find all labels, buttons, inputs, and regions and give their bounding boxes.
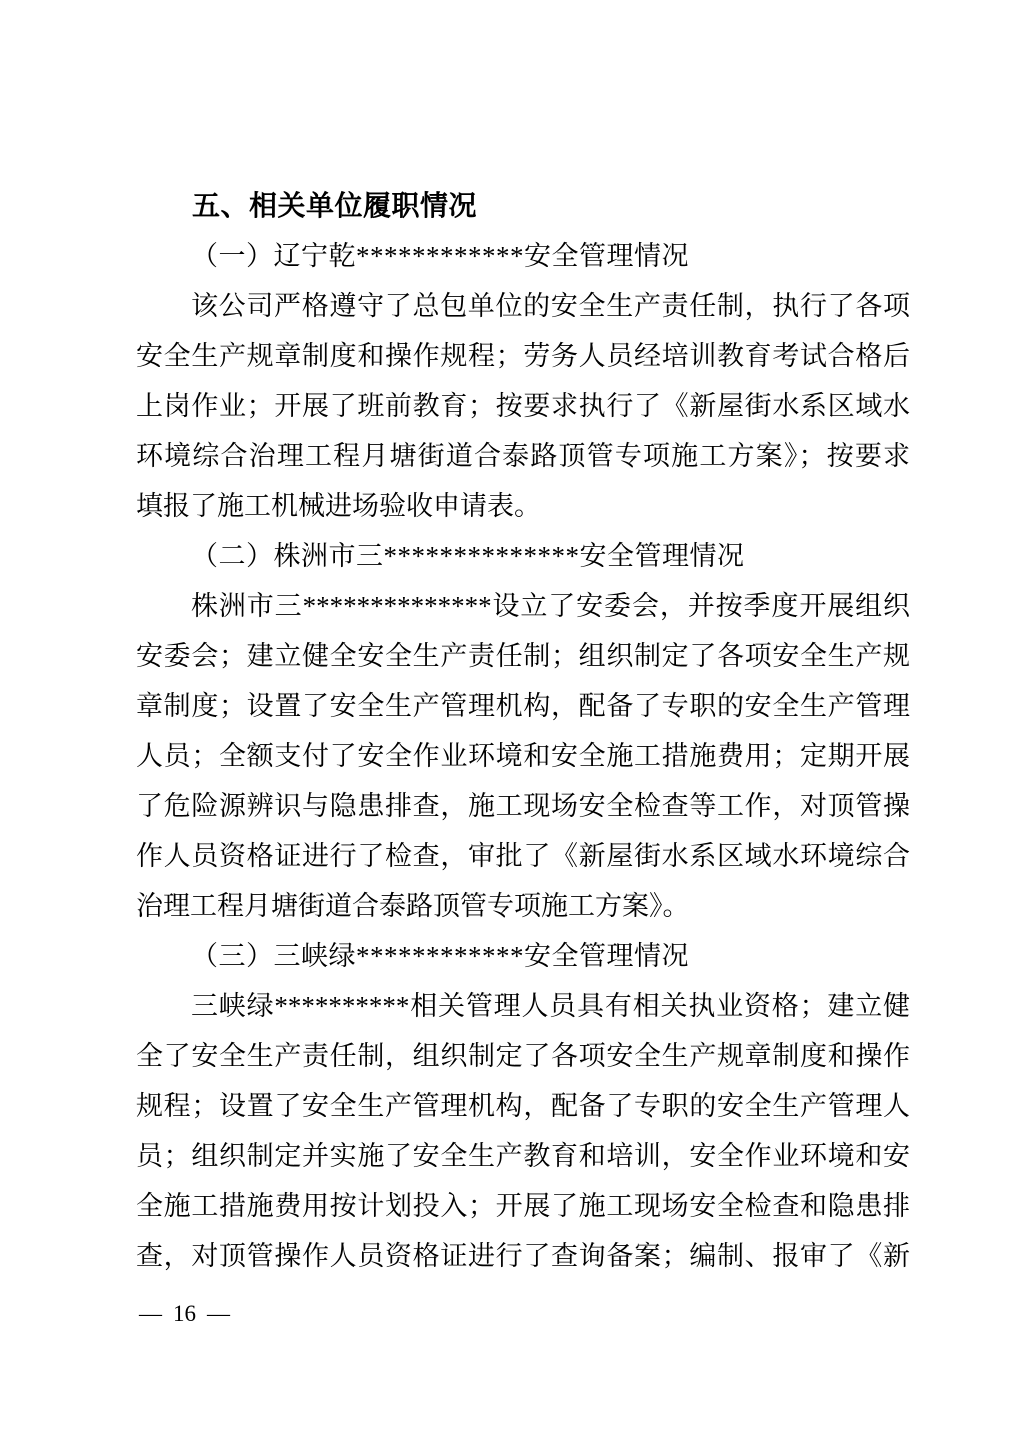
paragraph-1: 该公司严格遵守了总包单位的安全生产责任制，执行了各项 安全生产规章制度和操作规程…: [136, 281, 910, 531]
paragraph-2: 株洲市三**************设立了安委会，并按季度开展组织 安委会；建立…: [136, 581, 910, 931]
text-line: 员；组织制定并实施了安全生产教育和培训，安全作业环境和安: [136, 1131, 910, 1181]
document-body: 五、相关单位履职情况 （一）辽宁乾************安全管理情况 该公司严…: [136, 181, 910, 1281]
text-line: 查，对顶管操作人员资格证进行了查询备案；编制、报审了《新: [136, 1231, 910, 1281]
footer-dash-left: —: [139, 1297, 162, 1331]
text-line: 环境综合治理工程月塘街道合泰路顶管专项施工方案》；按要求: [136, 431, 910, 481]
text-line: 三峡绿**********相关管理人员具有相关执业资格；建立健: [136, 981, 910, 1031]
text-line: 治理工程月塘街道合泰路顶管专项施工方案》。: [136, 881, 910, 931]
text-line: 株洲市三**************设立了安委会，并按季度开展组织: [136, 581, 910, 631]
footer-dash-right: —: [207, 1297, 230, 1331]
text-line: 填报了施工机械进场验收申请表。: [136, 481, 910, 531]
text-line: 规程；设置了安全生产管理机构，配备了专职的安全生产管理人: [136, 1081, 910, 1131]
text-line: 章制度；设置了安全生产管理机构，配备了专职的安全生产管理: [136, 681, 910, 731]
text-line: 全施工措施费用按计划投入；开展了施工现场安全检查和隐患排: [136, 1181, 910, 1231]
text-line: 人员；全额支付了安全作业环境和安全施工措施费用；定期开展: [136, 731, 910, 781]
page-footer: — 16 —: [139, 1297, 230, 1331]
section-title: 五、相关单位履职情况: [136, 181, 910, 231]
text-line: 了危险源辨识与隐患排查，施工现场安全检查等工作，对顶管操: [136, 781, 910, 831]
text-line: 作人员资格证进行了检查，审批了《新屋街水系区域水环境综合: [136, 831, 910, 881]
subsection-heading-2: （二）株洲市三**************安全管理情况: [136, 531, 910, 581]
text-line: 该公司严格遵守了总包单位的安全生产责任制，执行了各项: [136, 281, 910, 331]
document-page: 五、相关单位履职情况 （一）辽宁乾************安全管理情况 该公司严…: [0, 0, 1024, 1448]
subsection-heading-3: （三）三峡绿************安全管理情况: [136, 931, 910, 981]
paragraph-3: 三峡绿**********相关管理人员具有相关执业资格；建立健 全了安全生产责任…: [136, 981, 910, 1281]
text-line: 全了安全生产责任制，组织制定了各项安全生产规章制度和操作: [136, 1031, 910, 1081]
text-line: 安全生产规章制度和操作规程；劳务人员经培训教育考试合格后: [136, 331, 910, 381]
text-line: 安委会；建立健全安全生产责任制；组织制定了各项安全生产规: [136, 631, 910, 681]
subsection-heading-1: （一）辽宁乾************安全管理情况: [136, 231, 910, 281]
page-number: 16: [173, 1297, 196, 1331]
text-line: 上岗作业；开展了班前教育；按要求执行了《新屋街水系区域水: [136, 381, 910, 431]
